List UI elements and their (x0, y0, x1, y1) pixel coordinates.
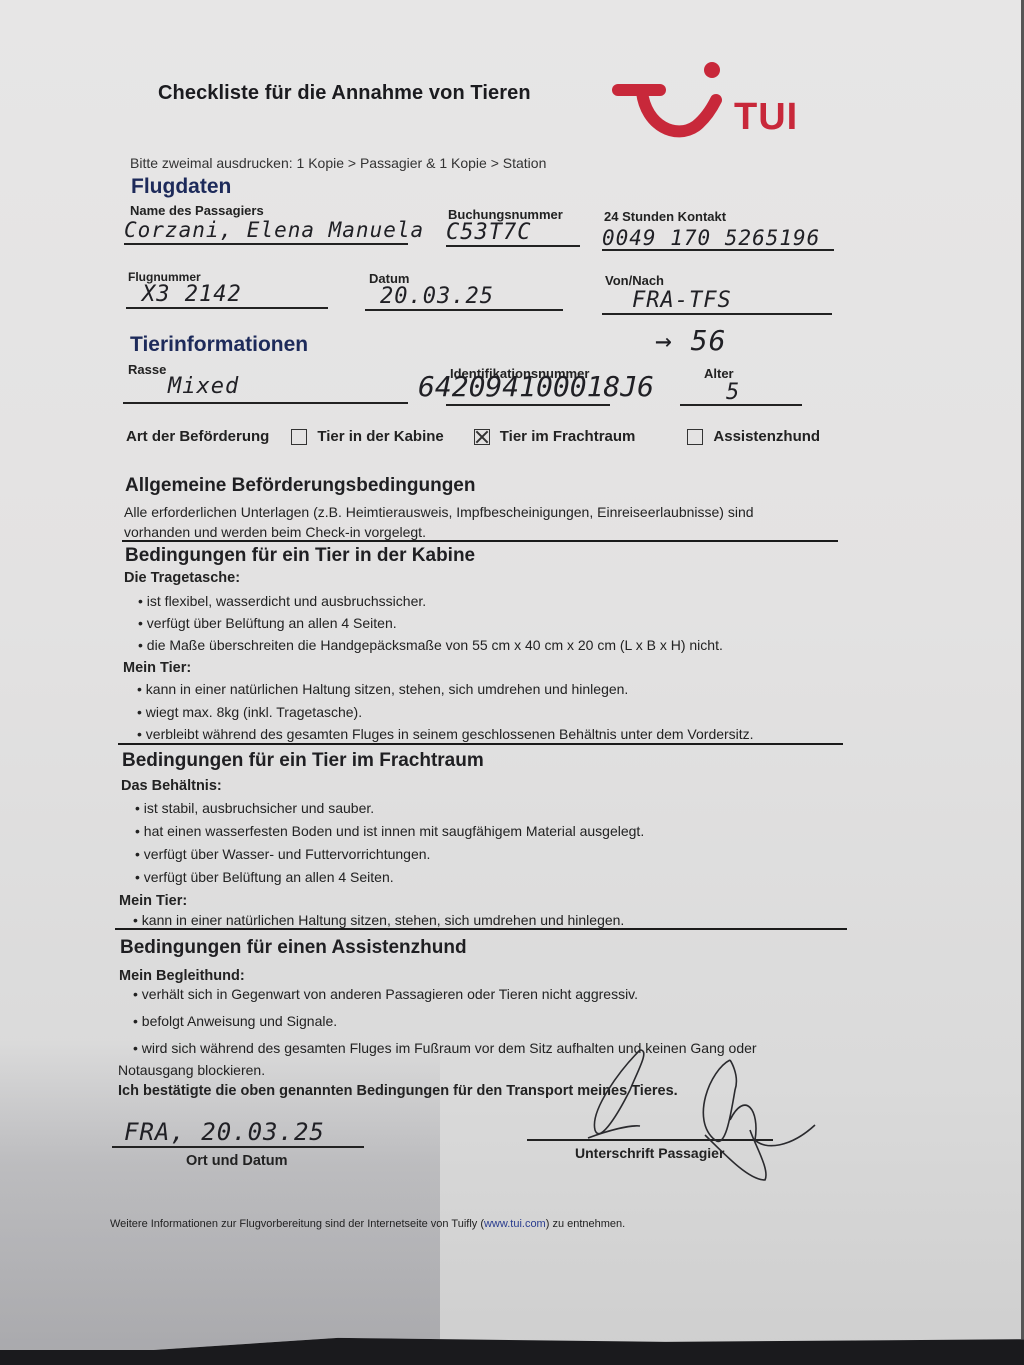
flight-number-underline (126, 307, 328, 309)
container-item: • ist stabil, ausbruchsicher und sauber. (135, 800, 374, 816)
route-annotation: → 56 (655, 324, 726, 357)
tui-website-link[interactable]: www.tui.com (484, 1218, 546, 1230)
container-item: • verfügt über Wasser- und Futtervorrich… (135, 846, 430, 862)
option-cabin[interactable]: Tier in der Kabine (291, 428, 443, 445)
id-number-underline (446, 404, 610, 406)
contact-label: 24 Stunden Kontakt (604, 209, 726, 224)
bag-heading: Die Tragetasche: (124, 570, 240, 586)
general-conditions-text: Alle erforderlichen Unterlagen (z.B. Hei… (124, 502, 754, 542)
cargo-animal-heading: Mein Tier: (119, 893, 187, 909)
passenger-name-label: Name des Passagiers (130, 203, 264, 218)
cabin-animal-item: • wiegt max. 8kg (inkl. Tragetasche). (137, 704, 362, 720)
footer-text-end: ) zu entnehmen. (546, 1218, 626, 1230)
passenger-name-underline (124, 243, 408, 245)
container-item: • verfügt über Belüftung an allen 4 Seit… (135, 869, 394, 885)
divider (115, 928, 847, 930)
bag-item: • verfügt über Belüftung an allen 4 Seit… (138, 615, 397, 631)
age-underline (680, 404, 802, 406)
option-cargo-label: Tier im Frachtraum (500, 428, 636, 445)
form-page: Checkliste für die Annahme von Tieren TU… (0, 0, 1024, 1350)
booking-number-field[interactable]: C53T7C (446, 220, 531, 245)
date-underline (365, 309, 563, 311)
age-label: Alter (704, 366, 734, 381)
option-assistance-dog-label: Assistenzhund (713, 428, 820, 445)
container-heading: Das Behältnis: (121, 778, 222, 794)
age-field[interactable]: 5 (726, 380, 740, 405)
dog-item: • verhält sich in Gegenwart von anderen … (133, 986, 638, 1002)
dog-item: • befolgt Anweisung und Signale. (133, 1013, 337, 1029)
breed-underline (123, 402, 408, 404)
footer-text: Weitere Informationen zur Flugvorbereitu… (110, 1218, 484, 1230)
flight-number-field[interactable]: X3 2142 (142, 282, 242, 307)
booking-number-underline (446, 245, 580, 247)
checkbox-cargo[interactable] (474, 429, 490, 445)
contact-underline (602, 249, 834, 251)
container-item: • hat einen wasserfesten Boden und ist i… (135, 823, 644, 839)
divider (118, 743, 843, 745)
date-field[interactable]: 20.03.25 (380, 284, 494, 309)
general-text-line-2: vorhanden und werden beim Check-in vorge… (124, 522, 754, 542)
place-date-field[interactable]: FRA, 20.03.25 (124, 1118, 325, 1146)
checkbox-cabin[interactable] (291, 429, 307, 445)
checkbox-assistance-dog[interactable] (687, 429, 703, 445)
passenger-name-field[interactable]: Corzani, Elena Manuela (124, 218, 424, 242)
option-assistance-dog[interactable]: Assistenzhund (687, 428, 820, 445)
footer-note: Weitere Informationen zur Flugvorbereitu… (110, 1218, 625, 1230)
bag-item: • ist flexibel, wasserdicht und ausbruch… (138, 593, 426, 609)
general-conditions-heading: Allgemeine Beförderungsbedingungen (125, 475, 475, 497)
transport-type-row: Art der Beförderung Tier in der Kabine T… (126, 428, 820, 445)
option-cabin-label: Tier in der Kabine (317, 428, 443, 445)
id-number-field[interactable]: 642094100018J6 (418, 370, 654, 403)
animal-info-heading: Tierinformationen (130, 333, 308, 357)
dog-item-continued: Notausgang blockieren. (118, 1062, 265, 1078)
cargo-conditions-heading: Bedingungen für ein Tier im Frachtraum (122, 750, 484, 772)
transport-type-label: Art der Beförderung (126, 428, 269, 445)
route-underline (602, 313, 832, 315)
dog-heading: Mein Begleithund: (119, 968, 245, 984)
option-cargo[interactable]: Tier im Frachtraum (474, 428, 636, 445)
tui-wordmark: TUI (734, 96, 798, 139)
place-date-underline (112, 1146, 364, 1148)
general-text-line-1: Alle erforderlichen Unterlagen (z.B. Hei… (124, 502, 754, 522)
route-label: Von/Nach (605, 273, 664, 288)
assistance-dog-heading: Bedingungen für einen Assistenzhund (120, 937, 467, 959)
cargo-animal-item: • kann in einer natürlichen Haltung sitz… (133, 912, 624, 928)
cabin-animal-item: • kann in einer natürlichen Haltung sitz… (137, 681, 628, 697)
cabin-animal-item: • verbleibt während des gesamten Fluges … (137, 726, 754, 742)
place-date-label: Ort und Datum (186, 1153, 288, 1169)
handwritten-signature-icon[interactable] (580, 1030, 830, 1190)
route-field[interactable]: FRA-TFS (632, 288, 732, 313)
breed-label: Rasse (128, 362, 166, 377)
breed-field[interactable]: Mixed (168, 374, 239, 399)
divider (122, 540, 838, 542)
cabin-conditions-heading: Bedingungen für ein Tier in der Kabine (125, 545, 475, 567)
document-title: Checkliste für die Annahme von Tieren (158, 82, 531, 105)
cabin-animal-heading: Mein Tier: (123, 660, 191, 676)
contact-field[interactable]: 0049 170 5265196 (602, 226, 820, 250)
flight-data-heading: Flugdaten (131, 175, 231, 199)
print-instruction: Bitte zweimal ausdrucken: 1 Kopie > Pass… (130, 155, 546, 171)
bag-item: • die Maße überschreiten die Handgepäcks… (138, 637, 723, 653)
